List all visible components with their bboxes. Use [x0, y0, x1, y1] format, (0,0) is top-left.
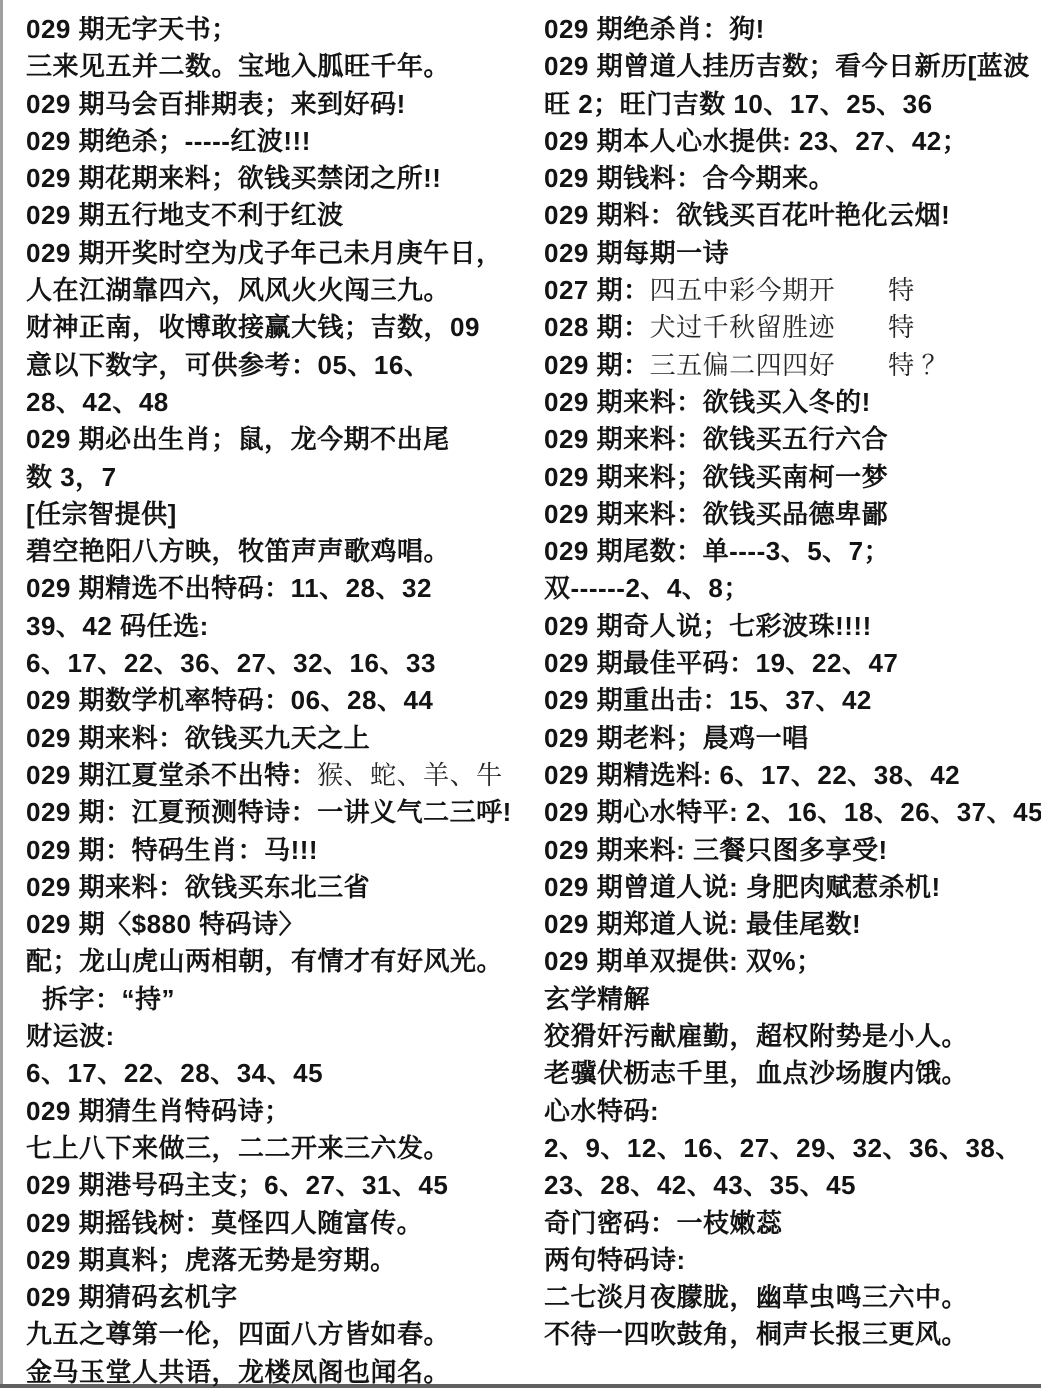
text-line: 029 期绝杀；-----红波!!! — [26, 123, 531, 160]
text-line: 23、28、42、43、35、45 — [544, 1167, 1038, 1204]
text-line: 双------2、4、8； — [544, 570, 1038, 607]
text-line: 029 期来料：欲钱买东北三省 — [26, 869, 531, 906]
text-line: 029 期最佳平码：19、22、47 — [544, 645, 1038, 682]
text-line: 029 期本人心水提供: 23、27、42； — [544, 123, 1038, 160]
text-line: 029 期单双提供: 双%； — [544, 943, 1038, 980]
text-line: 九五之尊第一伦，四面八方皆如春。 — [26, 1316, 531, 1353]
text-line: 029 期：特码生肖：马!!! — [26, 832, 531, 869]
text-segment: 029 期： — [544, 350, 650, 380]
text-line: 029 期老料；晨鸡一唱 — [544, 720, 1038, 757]
text-segment: 028 期： — [544, 312, 650, 342]
text-line: 029 期〈$880 特码诗〉 — [26, 906, 531, 943]
text-line: 玄学精解 — [544, 981, 1038, 1018]
text-line: 029 期奇人说；七彩波珠!!!! — [544, 608, 1038, 645]
text-line: 029 期来料：欲钱买五行六合 — [544, 421, 1038, 458]
poem-text: 特 — [835, 313, 915, 342]
text-line: 029 期马会百排期表；来到好码! — [26, 86, 531, 123]
poem-text: 特 — [835, 276, 915, 305]
text-line: 狡猾奸污献雇勤，超权附势是小人。 — [544, 1018, 1038, 1055]
text-line: 三来见五并二数。宝地入胍旺千年。 — [26, 48, 531, 85]
text-line: 029 期钱料：合今期来。 — [544, 160, 1038, 197]
text-line: 029 期曾道人说: 身肥肉赋惹杀机! — [544, 869, 1038, 906]
text-line: 029 期心水特平: 2、16、18、26、37、45。 — [544, 794, 1038, 831]
text-line: 029 期数学机率特码：06、28、44 — [26, 682, 531, 719]
text-line: 心水特码: — [544, 1093, 1038, 1130]
text-line: 奇门密码：一枝嫩蕊 — [544, 1205, 1038, 1242]
left-text-column: 029 期无字天书；三来见五并二数。宝地入胍旺千年。029 期马会百排期表；来到… — [26, 11, 531, 1388]
text-line: 28、42、48 — [26, 384, 531, 421]
poem-text: 四五中彩今期开 — [650, 276, 836, 305]
text-line: 029 期绝杀肖：狗! — [544, 11, 1038, 48]
text-line: 意以下数字，可供参考：05、16、 — [26, 347, 531, 384]
text-line: 029 期郑道人说: 最佳尾数! — [544, 906, 1038, 943]
poem-text: 特 ？ — [835, 351, 948, 380]
text-line: 029 期必出生肖；鼠，龙今期不出尾 — [26, 421, 531, 458]
text-line: 029 期来料: 三餐只图多享受! — [544, 832, 1038, 869]
text-line: 029 期精选不出特码：11、28、32 — [26, 570, 531, 607]
text-line: 029 期来料：欲钱买九天之上 — [26, 720, 531, 757]
text-line: 029 期猜码玄机字 — [26, 1279, 531, 1316]
text-line: 029 期摇钱树：莫怪四人随富传。 — [26, 1205, 531, 1242]
left-edge-scan-line — [0, 0, 3, 1388]
text-line: 配；龙山虎山两相朝，有情才有好风光。 — [26, 943, 531, 980]
text-line: 39、42 码任选: — [26, 608, 531, 645]
text-line: 029 期来料：欲钱买入冬的! — [544, 384, 1038, 421]
text-line: 2、9、12、16、27、29、32、36、38、 — [544, 1130, 1038, 1167]
poem-text: 犬过千秋留胜迹 — [650, 313, 836, 342]
text-line: 二七淡月夜朦胧，幽草虫鸣三六中。 — [544, 1279, 1038, 1316]
text-line: 两句特码诗: — [544, 1242, 1038, 1279]
right-text-column: 029 期绝杀肖：狗!029 期曾道人挂历吉数；看今日新历[蓝波旺 2；旺门吉数… — [544, 11, 1038, 1354]
text-line: 029 期：江夏预测特诗：一讲义气二三呼! — [26, 794, 531, 831]
text-line: 029 期猜生肖特码诗； — [26, 1093, 531, 1130]
text-line: 029 期无字天书； — [26, 11, 531, 48]
text-line: 财神正南，收博敢接赢大钱；吉数，09 — [26, 309, 531, 346]
text-line: 029 期开奖时空为戊子年己未月庚午日， — [26, 235, 531, 272]
text-line: 七上八下来做三，二二开来三六发。 — [26, 1130, 531, 1167]
text-line: 人在江湖靠四六，风风火火闯三九。 — [26, 272, 531, 309]
text-line: [任宗智提供] — [26, 496, 531, 533]
text-line: 6、17、22、36、27、32、16、33 — [26, 645, 531, 682]
lottery-tips-sheet: 029 期无字天书；三来见五并二数。宝地入胍旺千年。029 期马会百排期表；来到… — [0, 0, 1041, 1388]
text-line: 027 期：四五中彩今期开 特 — [544, 272, 1038, 309]
text-line: 029 期尾数：单----3、5、7； — [544, 533, 1038, 570]
text-line: 029 期料：欲钱买百花叶艳化云烟! — [544, 197, 1038, 234]
text-segment: 029 期江夏堂杀不出特： — [26, 760, 317, 790]
text-line: 028 期：犬过千秋留胜迹 特 — [544, 309, 1038, 346]
text-line: 6、17、22、28、34、45 — [26, 1055, 531, 1092]
text-line: 029 期曾道人挂历吉数；看今日新历[蓝波 — [544, 48, 1038, 85]
text-line: 029 期港号码主支；6、27、31、45 — [26, 1167, 531, 1204]
text-line: 029 期重出击：15、37、42 — [544, 682, 1038, 719]
text-line: 不待一四吹鼓角，桐声长报三更风。 — [544, 1316, 1038, 1353]
text-line: 拆字：“持” — [26, 981, 531, 1018]
text-line: 数 3，7 — [26, 459, 531, 496]
text-line: 碧空艳阳八方映，牧笛声声歌鸡唱。 — [26, 533, 531, 570]
text-line: 029 期花期来料；欲钱买禁闭之所!! — [26, 160, 531, 197]
text-line: 老骥伏枥志千里，血点沙场腹内饿。 — [544, 1055, 1038, 1092]
text-line: 029 期每期一诗 — [544, 235, 1038, 272]
text-line: 029 期江夏堂杀不出特：猴、蛇、羊、牛 — [26, 757, 531, 794]
text-segment: 027 期： — [544, 275, 650, 305]
text-line: 金马玉堂人共语，龙楼凤阁也闻名。 — [26, 1354, 531, 1388]
text-line: 旺 2；旺门吉数 10、17、25、36 — [544, 86, 1038, 123]
text-line: 029 期五行地支不利于红波 — [26, 197, 531, 234]
text-line: 财运波: — [26, 1018, 531, 1055]
text-line: 029 期：三五偏二四四好 特 ？ — [544, 347, 1038, 384]
text-line: 029 期来料：欲钱买品德卑鄙 — [544, 496, 1038, 533]
text-line: 029 期来料；欲钱买南柯一梦 — [544, 459, 1038, 496]
poem-text: 猴、蛇、羊、牛 — [317, 761, 503, 790]
text-line: 029 期真料；虎落无势是穷期。 — [26, 1242, 531, 1279]
poem-text: 三五偏二四四好 — [650, 351, 836, 380]
text-line: 029 期精选料: 6、17、22、38、42 — [544, 757, 1038, 794]
